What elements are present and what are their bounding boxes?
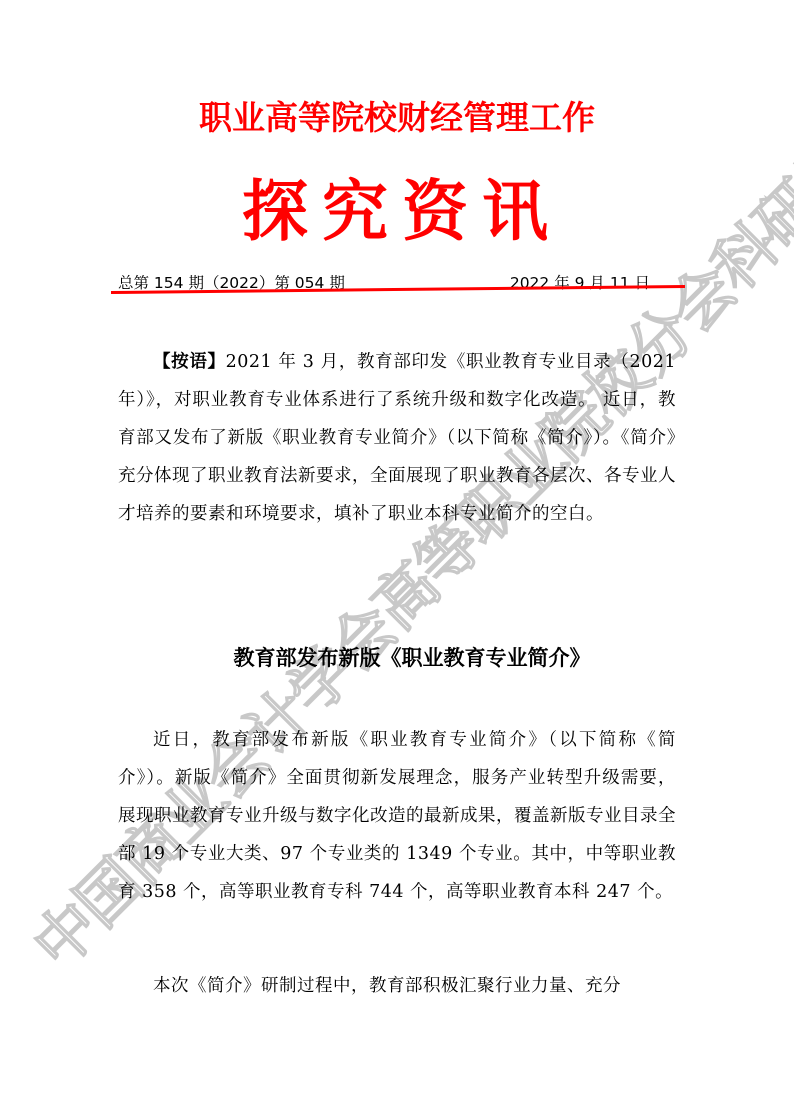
issue-date: 2022 年 9 月 11 日: [510, 271, 650, 293]
document-page: 中国商业会计学会高等职业院校分会科研提升办 职业高等院校财经管理工作 探究资讯 …: [0, 0, 794, 1108]
masthead-name: 探究资讯: [0, 158, 794, 253]
editor-note-label: 【按语】: [153, 352, 226, 372]
editor-note-text: 2021 年 3 月，教育部印发《职业教育专业目录（2021年）》，对职业教育专…: [118, 352, 676, 524]
article-heading: 教育部发布新版《职业教育专业简介》: [0, 642, 794, 672]
article-paragraph: 近日，教育部发布新版《职业教育专业简介》（以下简称《简介》）。新版《简介》全面贯…: [118, 721, 676, 911]
editor-note: 【按语】2021 年 3 月，教育部印发《职业教育专业目录（2021年）》，对职…: [118, 343, 676, 533]
article-paragraph: 本次《简介》研制过程中，教育部积极汇聚行业力量、充分: [118, 967, 676, 1005]
masthead-subtitle: 职业高等院校财经管理工作: [0, 92, 794, 139]
